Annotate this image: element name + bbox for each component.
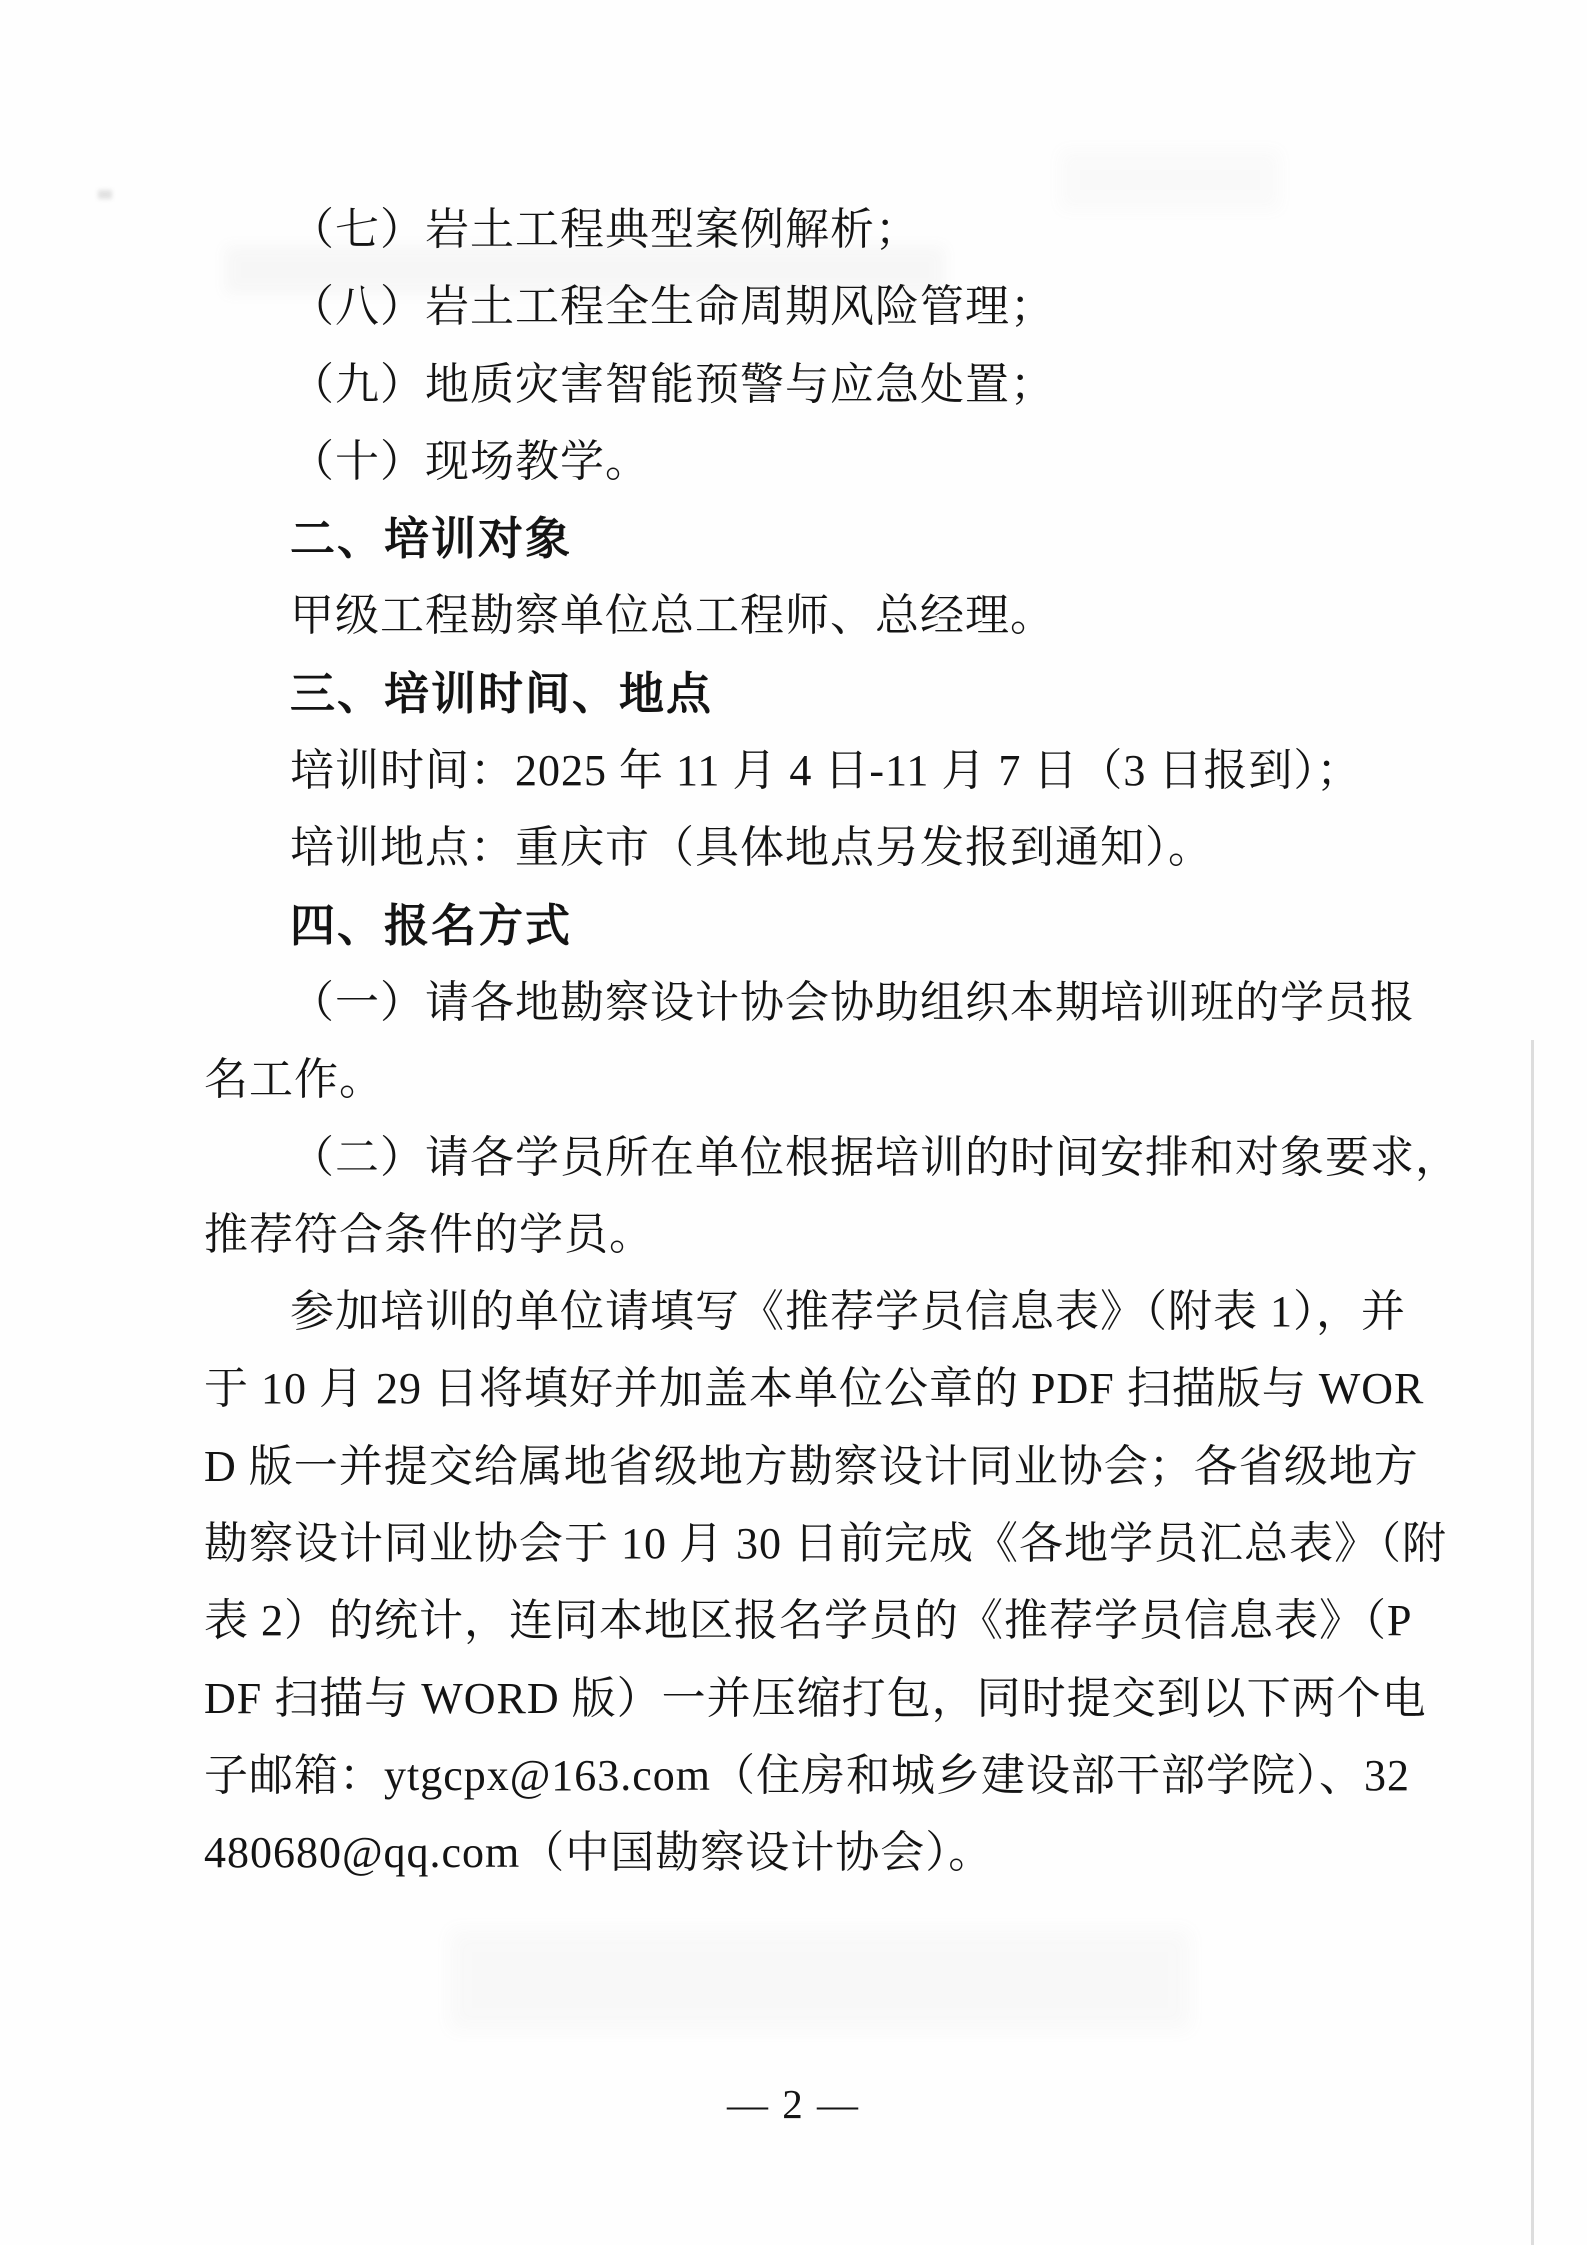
scan-bleed-artifact [450,1930,1190,2030]
paragraph-training-target: 甲级工程勘察单位总工程师、总经理。 [204,577,1434,654]
list-item-8: （八）岩土工程全生命周期风险管理； [204,268,1434,345]
paragraph-submission-line-4: 勘察设计同业协会于 10 月 30 日前完成《各地学员汇总表》（附 [204,1505,1434,1582]
paragraph-registration-1-line-1: （一）请各地勘察设计协会协助组织本期培训班的学员报 [204,964,1434,1041]
document-page: （七）岩土工程典型案例解析； （八）岩土工程全生命周期风险管理； （九）地质灾害… [0,0,1587,2245]
list-item-9: （九）地质灾害智能预警与应急处置； [204,346,1434,423]
paragraph-submission-line-5: 表 2）的统计，连同本地区报名学员的《推荐学员信息表》（P [204,1582,1434,1659]
section-heading-training-target: 二、培训对象 [204,500,1434,577]
scan-edge-shadow [1531,1040,1534,2245]
document-body: （七）岩土工程典型案例解析； （八）岩土工程全生命周期风险管理； （九）地质灾害… [204,191,1434,1892]
paragraph-training-time: 培训时间：2025 年 11 月 4 日-11 月 7 日（3 日报到）； [204,732,1434,809]
list-item-10: （十）现场教学。 [204,423,1434,500]
paragraph-submission-line-7: 子邮箱：ytgcpx@163.com（住房和城乡建设部干部学院）、32 [204,1737,1434,1814]
paragraph-submission-line-6: DF 扫描与 WORD 版）一并压缩打包，同时提交到以下两个电 [204,1660,1434,1737]
section-heading-time-place: 三、培训时间、地点 [204,655,1434,732]
paragraph-training-place: 培训地点：重庆市（具体地点另发报到通知）。 [204,809,1434,886]
paragraph-submission-line-8: 480680@qq.com（中国勘察设计协会）。 [204,1814,1434,1891]
paragraph-submission-line-2: 于 10 月 29 日将填好并加盖本单位公章的 PDF 扫描版与 WOR [204,1350,1434,1427]
scan-smudge [98,190,112,199]
paragraph-submission-line-3: D 版一并提交给属地省级地方勘察设计同业协会；各省级地方 [204,1428,1434,1505]
paragraph-registration-1-line-2: 名工作。 [204,1041,1434,1118]
paragraph-registration-2-line-2: 推荐符合条件的学员。 [204,1196,1434,1273]
section-heading-registration: 四、报名方式 [204,887,1434,964]
list-item-7: （七）岩土工程典型案例解析； [204,191,1434,268]
paragraph-registration-2-line-1: （二）请各学员所在单位根据培训的时间安排和对象要求， [204,1119,1434,1196]
page-number: — 2 — [0,2080,1587,2128]
paragraph-submission-line-1: 参加培训的单位请填写《推荐学员信息表》（附表 1），并 [204,1273,1434,1350]
